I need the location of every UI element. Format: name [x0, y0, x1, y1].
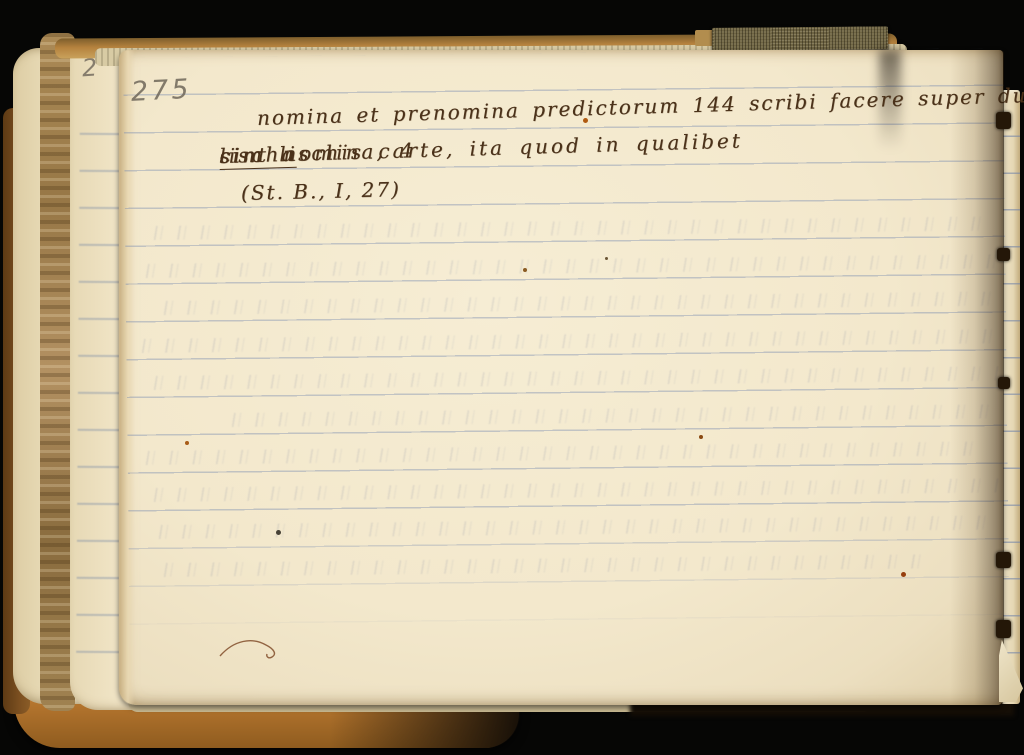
stitch-hole — [996, 112, 1011, 129]
stain-dot — [605, 257, 608, 260]
stain-dot — [901, 572, 906, 577]
stitch-hole — [997, 248, 1010, 261]
stitch-hole — [996, 552, 1011, 568]
stitch-hole — [996, 620, 1011, 638]
notebook-photo: 2 nomina et prenomina predictorum 144 sc… — [0, 0, 1024, 755]
fiber-hair — [214, 634, 292, 668]
stain-dot — [523, 268, 527, 272]
stain-dot — [276, 530, 281, 535]
page-number: 275 — [130, 73, 202, 111]
main-page: nomina et prenomina predictorum 144 scri… — [119, 50, 1003, 705]
stain-dot — [185, 441, 189, 445]
citation: (St. B., I, 27) — [241, 177, 401, 205]
binding-cloth — [712, 26, 888, 51]
gutter-shadow — [950, 50, 1004, 705]
stain-dot — [583, 118, 588, 123]
stain-dot — [699, 435, 703, 439]
stitch-hole — [998, 377, 1010, 389]
